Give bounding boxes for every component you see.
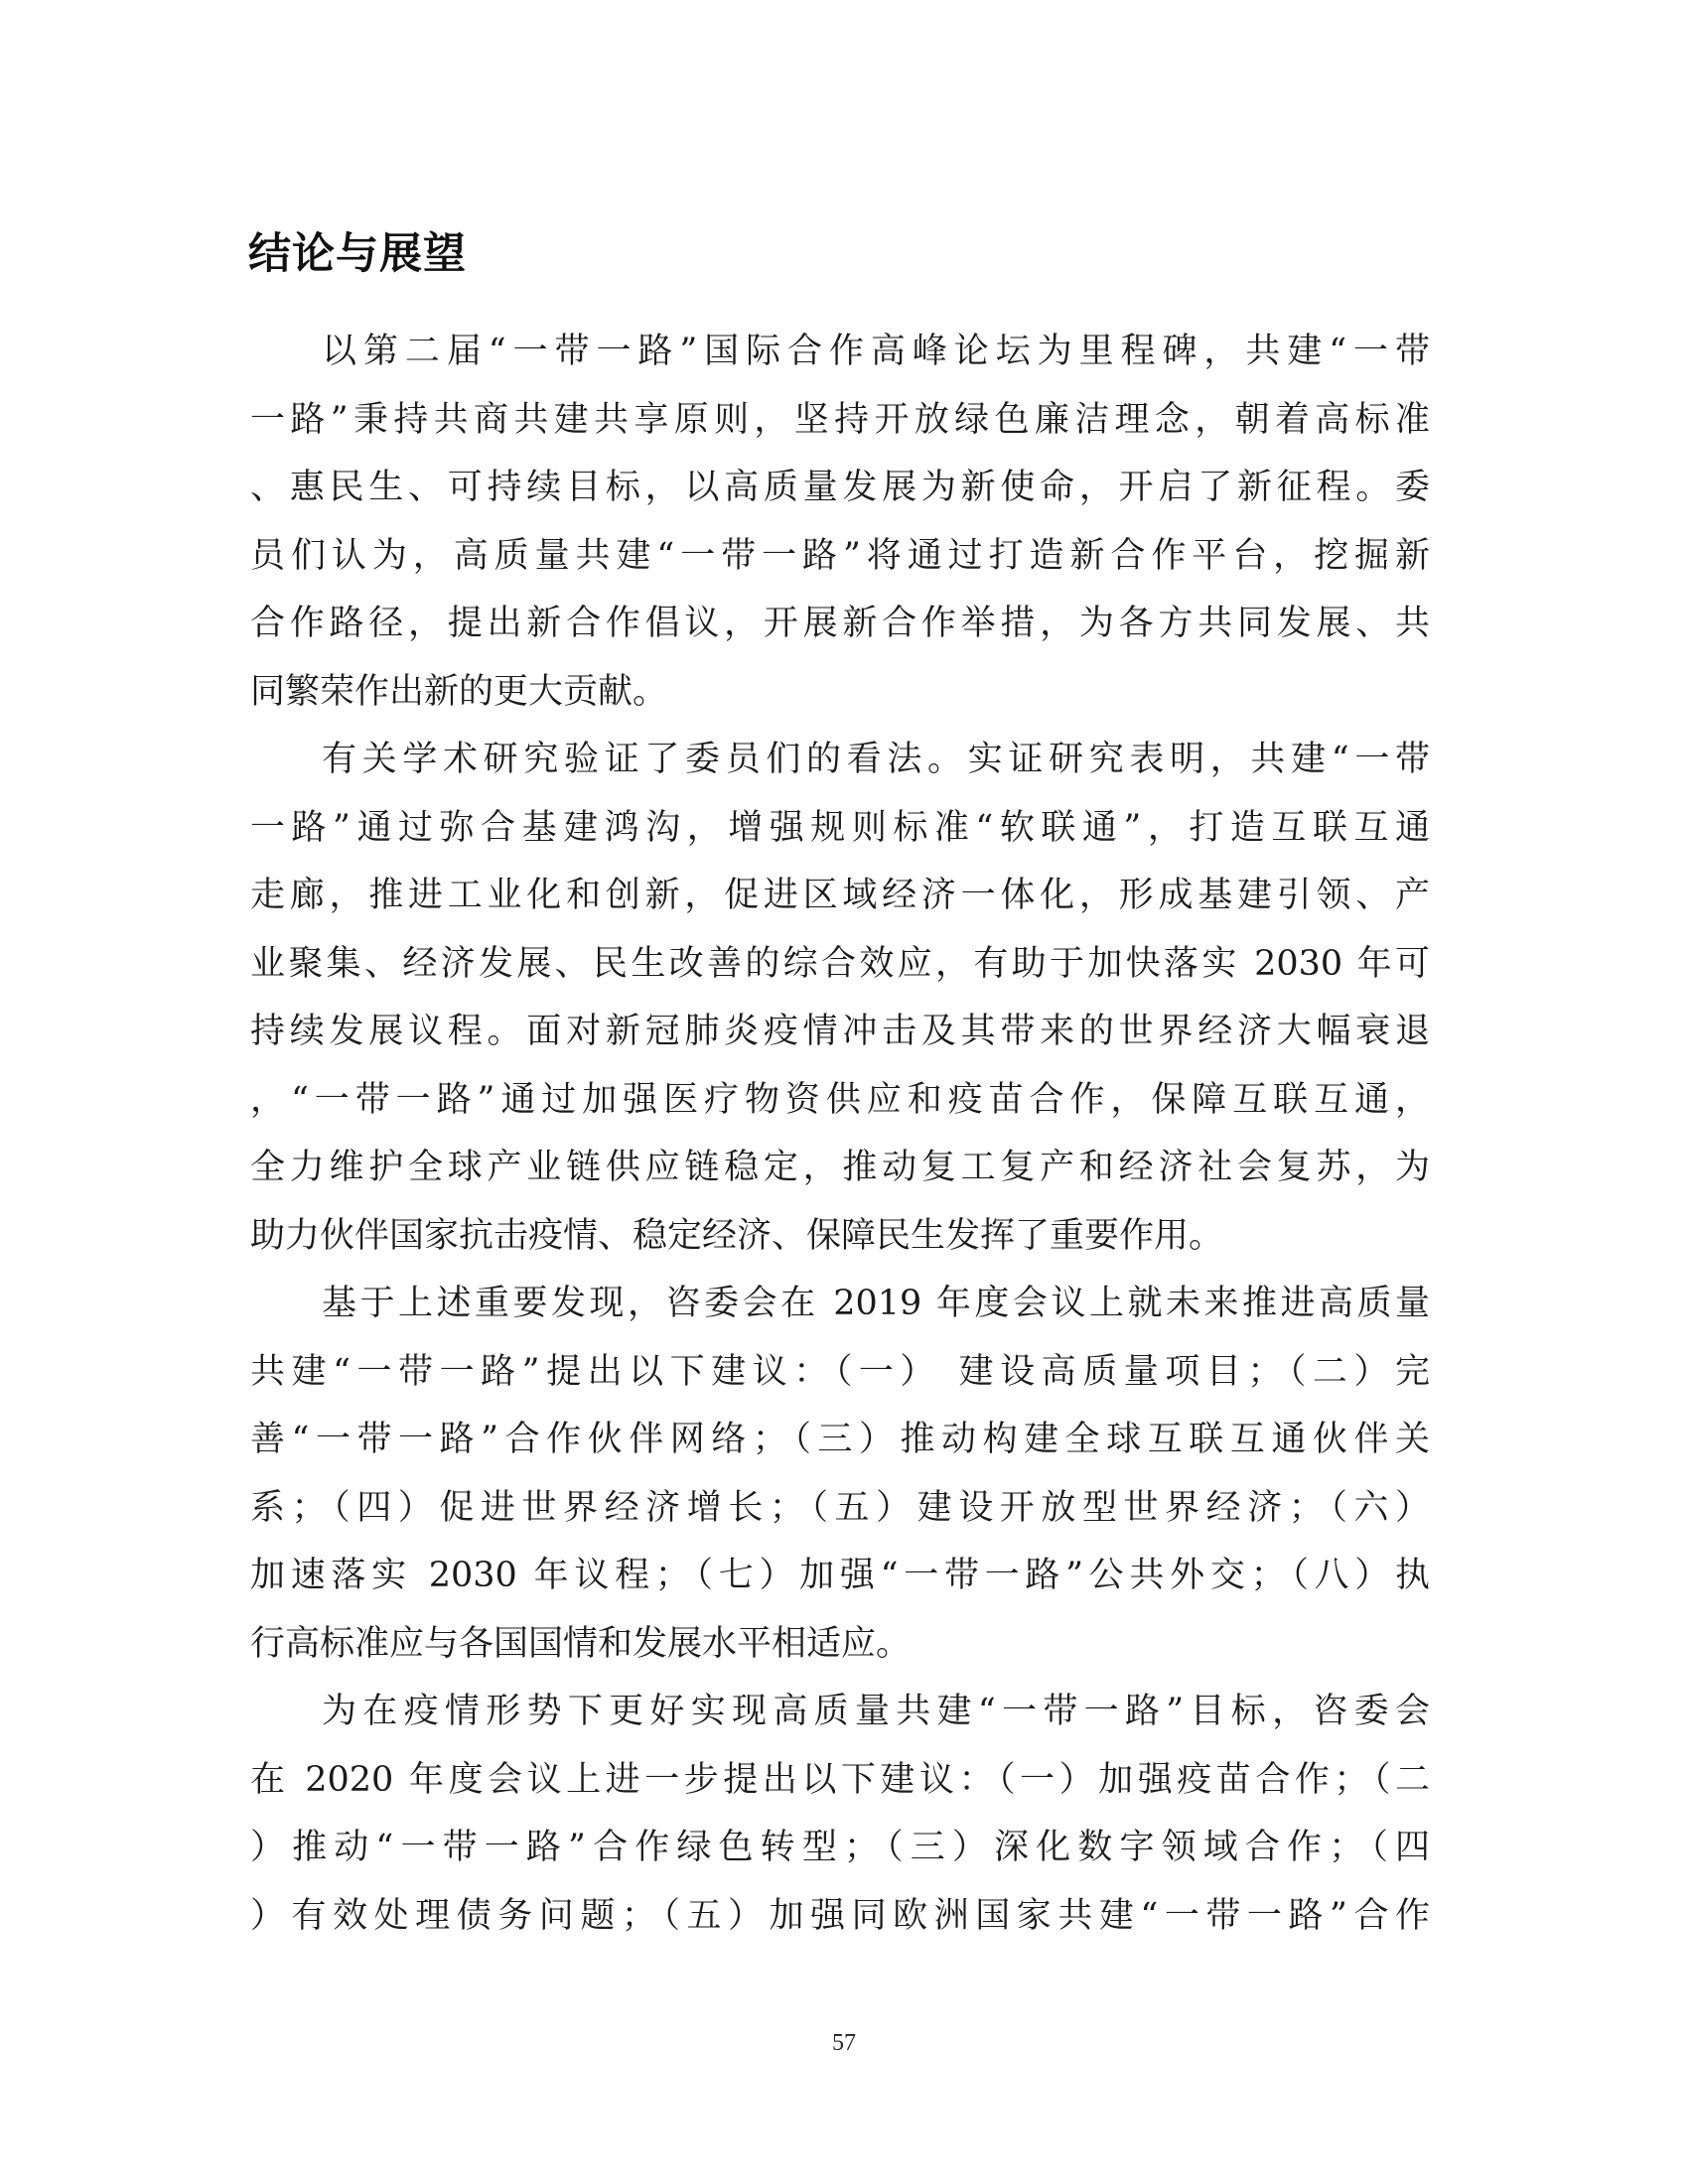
page-number: 57 (0, 2030, 1688, 2057)
body-text: 以第二届“一带一路”国际合作高峰论坛为里程碑，共建“一带 一路”秉持共商共建共享… (250, 318, 1430, 1950)
document-page: 结论与展望 以第二届“一带一路”国际合作高峰论坛为里程碑，共建“一带 一路”秉持… (0, 0, 1688, 2184)
text-line: 持续发展议程。面对新冠肺炎疫情冲击及其带来的世界经济大幅衰退 (250, 998, 1430, 1066)
text-line: 一路”秉持共商共建共享原则，坚持开放绿色廉洁理念，朝着高标准 (250, 386, 1430, 455)
text-line: 加速落实 2030 年议程；（七）加强“一带一路”公共外交；（八）执 (250, 1542, 1430, 1610)
text-line: 以第二届“一带一路”国际合作高峰论坛为里程碑，共建“一带 (250, 318, 1430, 386)
text-line: 合作路径，提出新合作倡议，开展新合作举措，为各方共同发展、共 (250, 590, 1430, 658)
paragraph-4: 为在疫情形势下更好实现高质量共建“一带一路”目标，咨委会 在 2020 年度会议… (250, 1678, 1430, 1950)
text-line: 员们认为，高质量共建“一带一路”将通过打造新合作平台，挖掘新 (250, 522, 1430, 591)
text-line: 同繁荣作出新的更大贡献。 (250, 658, 1430, 727)
text-line: 助力伙伴国家抗击疫情、稳定经济、保障民生发挥了重要作用。 (250, 1202, 1430, 1271)
text-line: 走廊，推进工业化和创新，促进区域经济一体化，形成基建引领、产 (250, 862, 1430, 930)
text-line: 善“一带一路”合作伙伴网络；（三）推动构建全球互联互通伙伴关 (250, 1406, 1430, 1474)
text-line: 基于上述重要发现，咨委会在 2019 年度会议上就未来推进高质量 (250, 1270, 1430, 1338)
text-line: 系；（四）促进世界经济增长；（五）建设开放型世界经济；（六） (250, 1474, 1430, 1543)
text-line: 行高标准应与各国国情和发展水平相适应。 (250, 1610, 1430, 1679)
text-line: ）推动“一带一路”合作绿色转型；（三）深化数字领域合作；（四 (250, 1814, 1430, 1882)
text-line: ）有效处理债务问题；（五）加强同欧洲国家共建“一带一路”合作 (250, 1882, 1430, 1951)
paragraph-3: 基于上述重要发现，咨委会在 2019 年度会议上就未来推进高质量 共建“一带一路… (250, 1270, 1430, 1678)
text-line: 共建“一带一路”提出以下建议：（一） 建设高质量项目；（二）完 (250, 1338, 1430, 1407)
text-line: 一路”通过弥合基建鸿沟，增强规则标准“软联通”，打造互联互通 (250, 794, 1430, 863)
text-line: 为在疫情形势下更好实现高质量共建“一带一路”目标，咨委会 (250, 1678, 1430, 1746)
text-line: 在 2020 年度会议上进一步提出以下建议：（一）加强疫苗合作；（二 (250, 1746, 1430, 1815)
section-title: 结论与展望 (248, 220, 467, 281)
text-line: 全力维护全球产业链供应链稳定，推动复工复产和经济社会复苏，为 (250, 1134, 1430, 1202)
paragraph-2: 有关学术研究验证了委员们的看法。实证研究表明，共建“一带 一路”通过弥合基建鸿沟… (250, 726, 1430, 1270)
text-line: 、惠民生、可持续目标，以高质量发展为新使命，开启了新征程。委 (250, 454, 1430, 522)
text-line: 有关学术研究验证了委员们的看法。实证研究表明，共建“一带 (250, 726, 1430, 794)
text-line: ，“一带一路”通过加强医疗物资供应和疫苗合作，保障互联互通， (250, 1066, 1430, 1135)
text-line: 业聚集、经济发展、民生改善的综合效应，有助于加快落实 2030 年可 (250, 930, 1430, 999)
paragraph-1: 以第二届“一带一路”国际合作高峰论坛为里程碑，共建“一带 一路”秉持共商共建共享… (250, 318, 1430, 726)
